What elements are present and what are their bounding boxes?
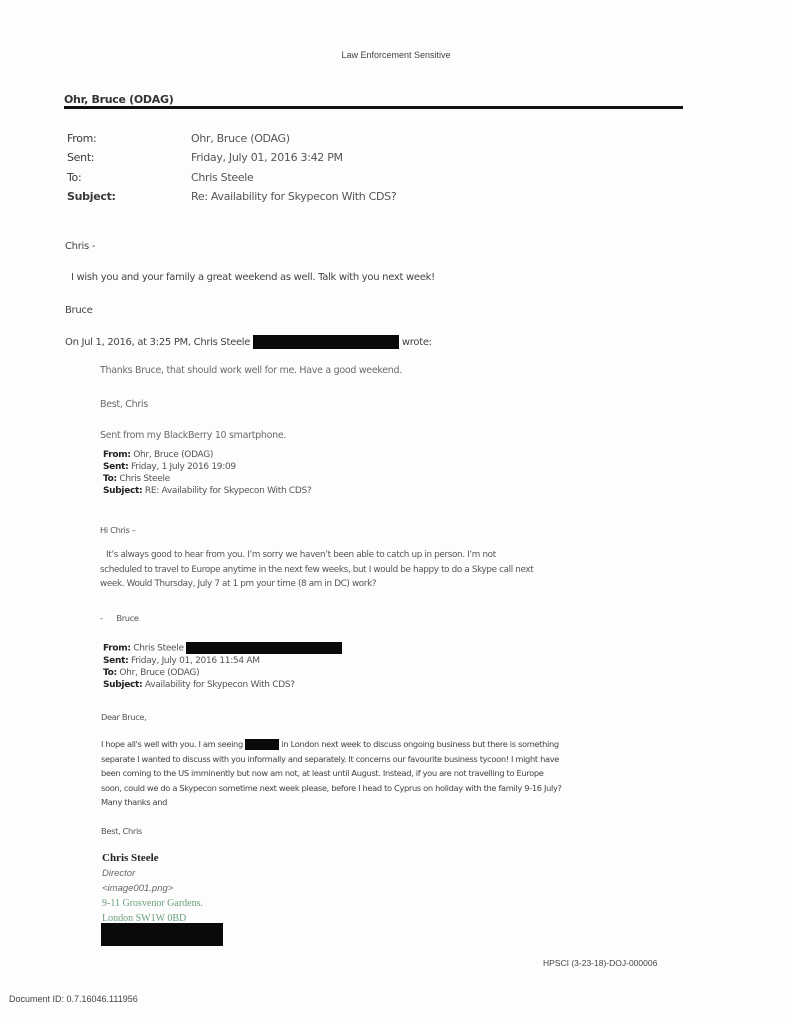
reply-signoff: Bruce [65,305,92,316]
quote-intro: On Jul 1, 2016, at 3:25 PM, Chris Steele… [65,335,432,349]
header-sent-row: Sent:Friday, July 01, 2016 3:42 PM [67,151,343,164]
ohr-signoff: - Bruce [100,611,139,626]
steele-signoff: Best, Chris [101,824,142,839]
classification-marking: Law Enforcement Sensitive [0,50,792,60]
steele-body-line: Many thanks and [101,795,562,810]
from-value: Ohr, Bruce (ODAG) [191,132,290,145]
steele-body-line: separate I wanted to discuss with you in… [101,752,562,767]
ohr-greeting: Hi Chris – [100,523,136,538]
reply-greeting: Chris - [65,241,95,252]
header-subject-row: Subject:Re: Availability for Skypecon Wi… [67,190,396,203]
ohr-from-row: From: Ohr, Bruce (ODAG) [103,449,311,461]
to-label: To: [67,171,191,184]
from-label: From: [67,132,191,145]
sent-value: Friday, July 01, 2016 3:42 PM [191,151,343,164]
steele-body-line: been coming to the US imminently but now… [101,766,562,781]
steele-body-line: soon, could we do a Skypecon sometime ne… [101,781,562,796]
bates-number: HPSCI (3-23-18)-DOJ-000006 [543,958,657,968]
steele-from-row: From: Chris Steele [103,642,342,655]
ohr-body-line: scheduled to travel to Europe anytime in… [100,563,533,578]
ohr-subject-row: Subject: RE: Availability for Skypecon W… [103,485,311,497]
redaction-name [245,739,279,750]
to-value: Chris Steele [191,171,254,184]
document-id: Document ID: 0.7.16046.111956 [9,994,138,1004]
ohr-to-row: To: Chris Steele [103,473,311,485]
ohr-body-line: week. Would Thursday, July 7 at 1 pm you… [100,577,533,592]
quote-intro-prefix: On Jul 1, 2016, at 3:25 PM, Chris Steele [65,337,250,348]
image-placeholder: <image001.png> [102,881,203,896]
ohr-message-header: From: Ohr, Bruce (ODAG) Sent: Friday, 1 … [103,449,311,497]
subject-value: Re: Availability for Skypecon With CDS? [191,190,396,203]
reply-body: I wish you and your family a great weeke… [71,272,435,283]
header-from-row: From:Ohr, Bruce (ODAG) [67,132,290,145]
subject-label: Subject: [67,190,191,203]
steele-to-row: To: Ohr, Bruce (ODAG) [103,667,342,679]
steele-greeting: Dear Bruce, [101,710,146,725]
steele-reply-signoff: Best, Chris [100,399,148,410]
ohr-body-line: It’s always good to hear from you. I’m s… [100,548,533,563]
steele-body: I hope all's well with you. I am seeing … [101,737,562,810]
ohr-sent-row: Sent: Friday, 1 July 2016 19:09 [103,461,311,473]
redaction-email [253,335,399,349]
ohr-body: It’s always good to hear from you. I’m s… [100,548,533,592]
steele-sent-row: Sent: Friday, July 01, 2016 11:54 AM [103,655,342,667]
steele-reply-body: Thanks Bruce, that should work well for … [100,365,402,376]
redaction-contact [101,923,223,946]
redaction-email [186,642,342,654]
sent-label: Sent: [67,151,191,164]
signature-name: Chris Steele [102,851,203,866]
signature-title: Director [102,866,203,881]
device-signature: Sent from my BlackBerry 10 smartphone. [100,430,286,441]
steele-subject-row: Subject: Availability for Skypecon With … [103,679,342,691]
quote-intro-suffix: wrote: [402,337,432,348]
steele-original-header: From: Chris Steele Sent: Friday, July 01… [103,642,342,691]
email-signature: Chris Steele Director <image001.png> 9-1… [102,851,203,926]
mailbox-owner: Ohr, Bruce (ODAG) [64,93,173,106]
steele-body-line: I hope all's well with you. I am seeing … [101,737,562,752]
header-rule [64,106,683,109]
signature-address-line1: 9-11 Grosvenor Gardens. [102,896,203,911]
header-to-row: To:Chris Steele [67,171,254,184]
